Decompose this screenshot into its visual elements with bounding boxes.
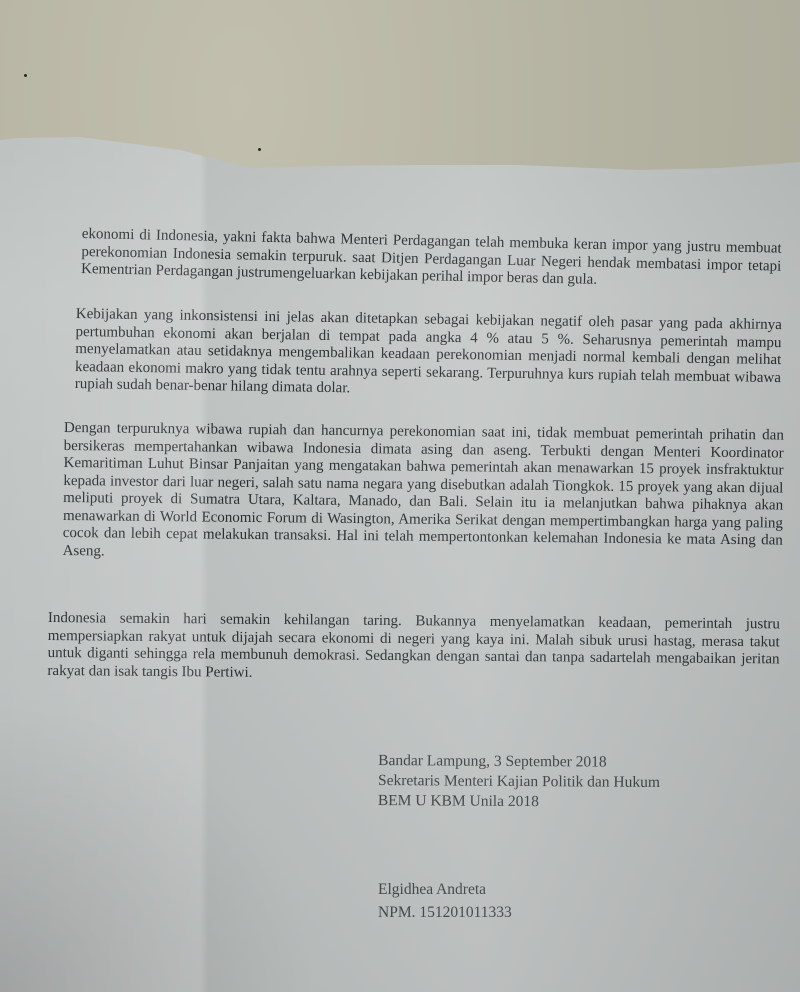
signer-position: Sekretaris Menteri Kajian Politik dan Hu… [378, 771, 660, 793]
paragraph-4: Indonesia semakin hari semakin kehilanga… [47, 610, 780, 686]
paragraph-text: Indonesia semakin hari semakin kehilanga… [47, 610, 780, 686]
paragraph-1: ekonomi di Indonesia, yakni fakta bahwa … [81, 226, 782, 293]
paragraph-3: Dengan terpuruknya wibawa rupiah dan han… [63, 420, 784, 568]
paragraph-text: ekonomi di Indonesia, yakni fakta bahwa … [81, 226, 782, 293]
place-date: Bandar Lampung, 3 September 2018 [378, 751, 660, 773]
author-name: Elgidhea Andreta [378, 878, 512, 901]
dust-speck [258, 148, 261, 151]
author-block: Elgidhea Andreta NPM. 151201011333 [378, 878, 512, 924]
paragraph-text: Dengan terpuruknya wibawa rupiah dan han… [63, 420, 784, 568]
paragraph-text: Kebijakan yang inkonsistensi ini jelas a… [75, 306, 782, 405]
paragraph-2: Kebijakan yang inkonsistensi ini jelas a… [75, 306, 782, 405]
author-npm: NPM. 151201011333 [378, 901, 512, 924]
signer-organization: BEM U KBM Unila 2018 [378, 791, 660, 813]
dust-speck [24, 74, 27, 77]
shadow-overlay [0, 700, 320, 992]
signature-block: Bandar Lampung, 3 September 2018 Sekreta… [378, 751, 660, 813]
